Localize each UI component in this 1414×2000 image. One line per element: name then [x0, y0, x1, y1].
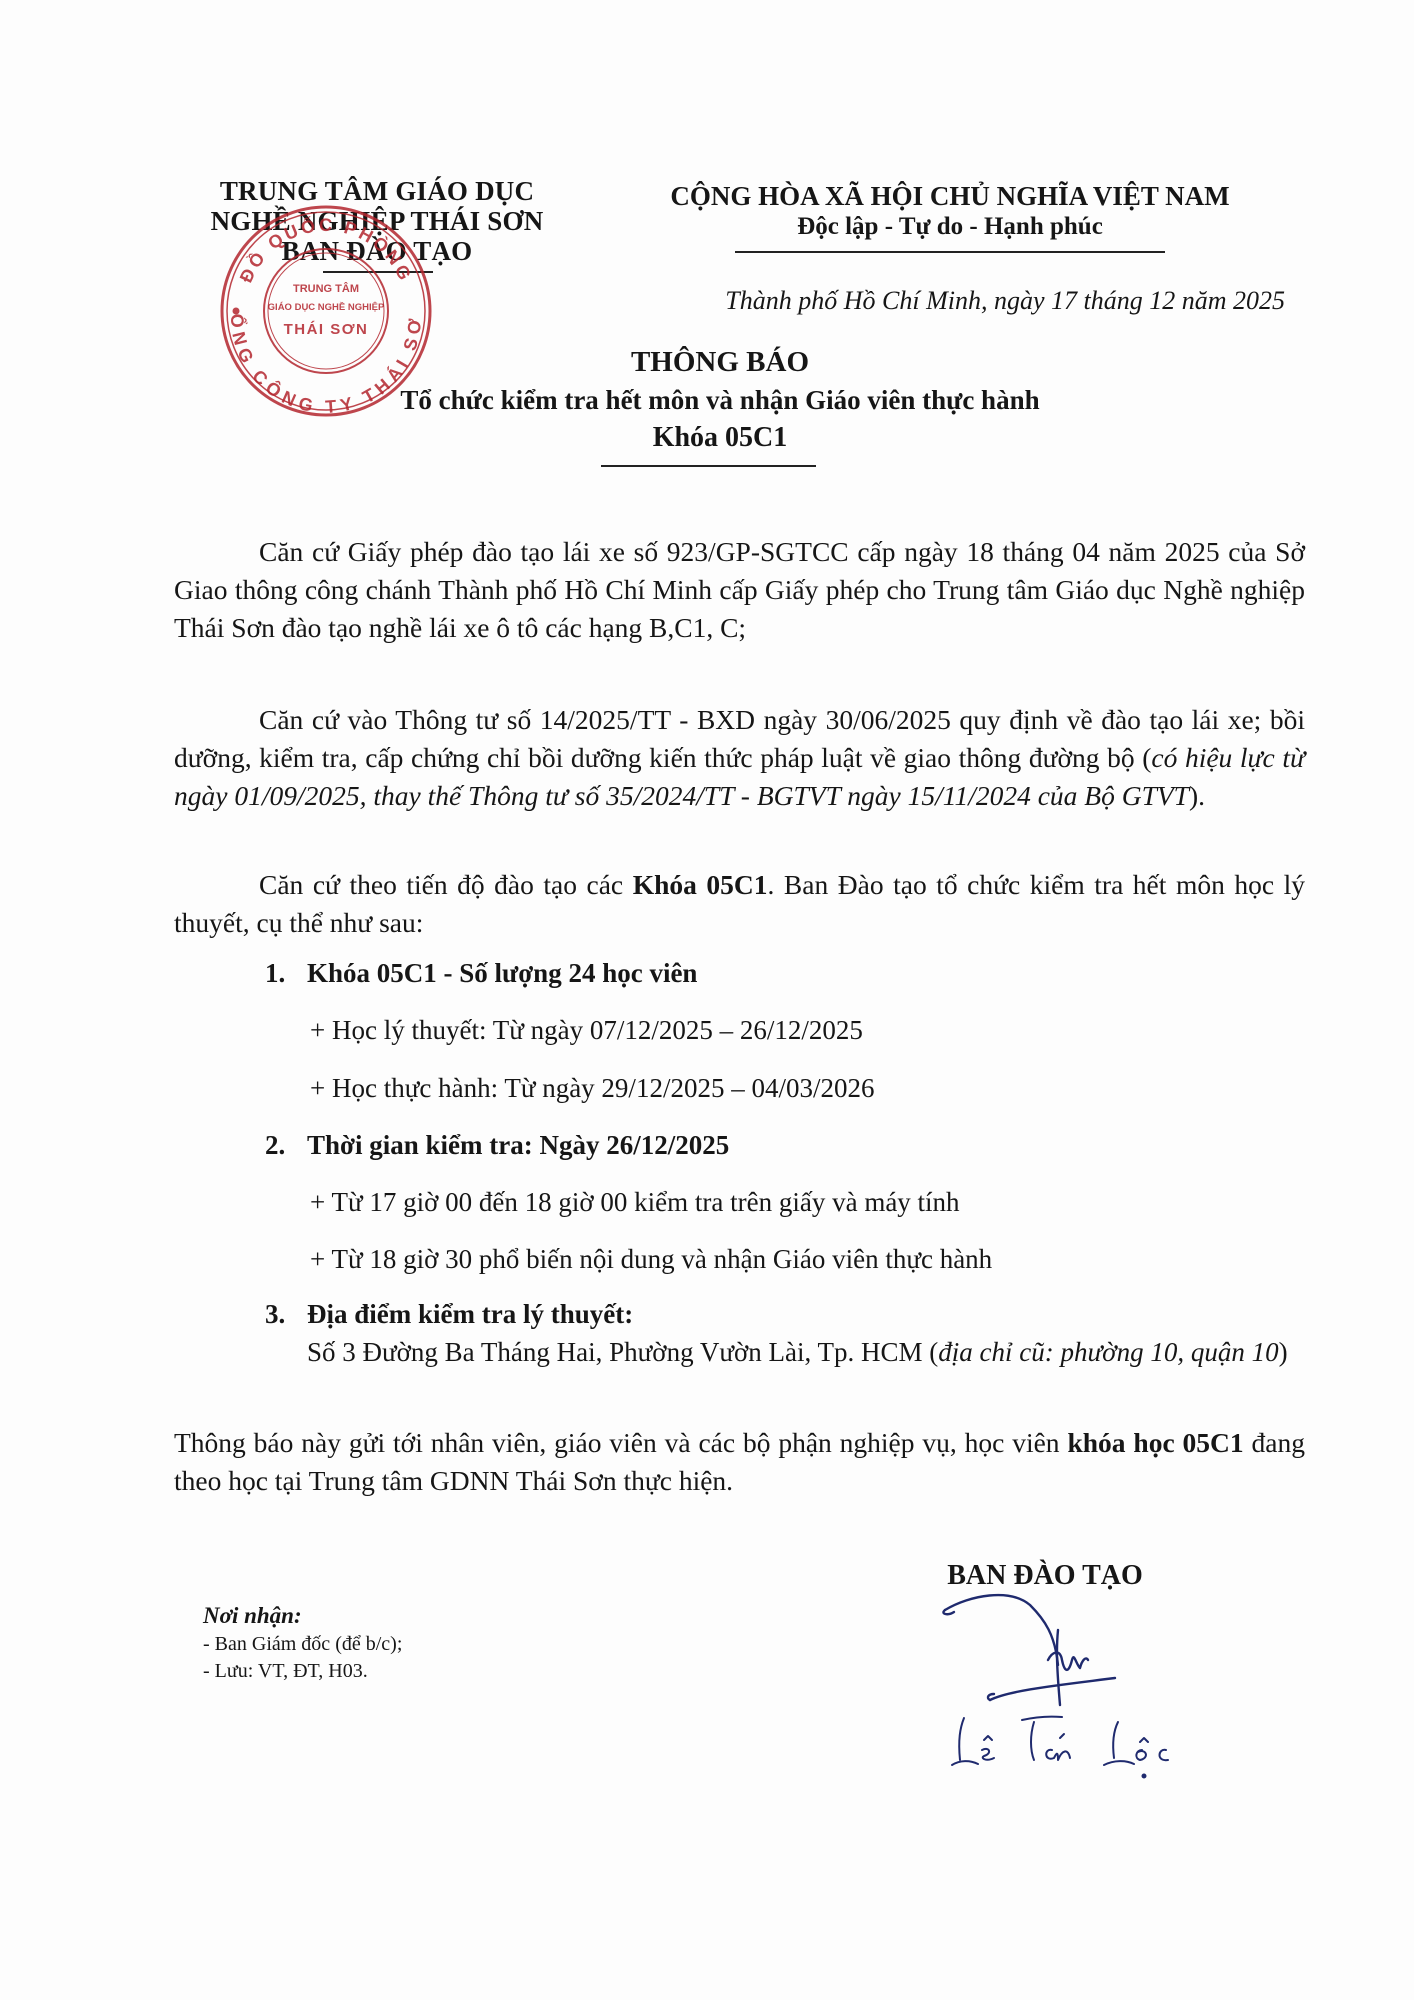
official-seal-icon: ĐỒ QUỐC PHÒNG TỔNG CÔNG TY THÁI SƠN TRUN… — [216, 200, 436, 422]
stamp-inner-line3: THÁI SƠN — [284, 321, 369, 338]
address-old: địa chỉ cũ: phường 10, quận 10 — [938, 1337, 1278, 1367]
recipient-item: - Lưu: VT, ĐT, H03. — [203, 1658, 368, 1685]
address-text: Số 3 Đường Ba Tháng Hai, Phường Vườn Lài… — [307, 1337, 938, 1367]
title-underline — [601, 465, 816, 467]
closing-pre: Thông báo này gửi tới nhân viên, giáo vi… — [174, 1427, 1067, 1458]
national-motto: Độc lập - Tự do - Hạnh phúc — [610, 212, 1290, 242]
item-number: 1. — [265, 956, 307, 990]
date-line: Thành phố Hồ Chí Minh, ngày 17 tháng 12 … — [595, 285, 1285, 317]
sub-item-briefing-slot: + Từ 18 giờ 30 phổ biến nội dung và nhận… — [310, 1242, 992, 1276]
item-number: 3. — [265, 1297, 307, 1331]
paragraph-circular: Căn cứ vào Thông tư số 14/2025/TT - BXD … — [174, 701, 1305, 815]
recipients-title: Nơi nhận: — [203, 1602, 302, 1630]
list-item-location: 3.Địa điểm kiểm tra lý thuyết: — [265, 1297, 633, 1331]
paragraph-schedule: Căn cứ theo tiến độ đào tạo các Khóa 05C… — [174, 866, 1305, 942]
document-subject: Tổ chức kiểm tra hết môn và nhận Giáo vi… — [320, 383, 1120, 417]
item-heading: Khóa 05C1 - Số lượng 24 học viên — [307, 958, 697, 988]
exam-address: Số 3 Đường Ba Tháng Hai, Phường Vườn Lài… — [307, 1333, 1305, 1371]
signer-name-handwriting — [952, 1717, 1168, 1778]
motto-underline — [735, 251, 1165, 253]
signer-department: BAN ĐÀO TẠO — [900, 1558, 1190, 1594]
document-page: TRUNG TÂM GIÁO DỤC NGHỀ NGHIỆP THÁI SƠN … — [0, 0, 1414, 2000]
circular-end: ). — [1189, 780, 1205, 811]
recipient-item: - Ban Giám đốc (để b/c); — [203, 1631, 402, 1658]
list-item-course: 1.Khóa 05C1 - Số lượng 24 học viên — [265, 956, 697, 990]
sub-item-practice: + Học thực hành: Từ ngày 29/12/2025 – 04… — [310, 1071, 874, 1105]
sub-item-theory: + Học lý thuyết: Từ ngày 07/12/2025 – 26… — [310, 1013, 863, 1047]
paragraph-license-text: Căn cứ Giấy phép đào tạo lái xe số 923/G… — [174, 533, 1305, 647]
item-heading: Địa điểm kiểm tra lý thuyết: — [307, 1299, 633, 1329]
circular-text: Căn cứ vào Thông tư số 14/2025/TT - BXD … — [174, 704, 1305, 773]
closing-course: khóa học 05C1 — [1067, 1427, 1243, 1458]
address-end: ) — [1279, 1337, 1288, 1367]
sub-item-exam-slot: + Từ 17 giờ 00 đến 18 giờ 00 kiểm tra tr… — [310, 1185, 960, 1219]
paragraph-license: Căn cứ Giấy phép đào tạo lái xe số 923/G… — [174, 533, 1305, 647]
closing-paragraph: Thông báo này gửi tới nhân viên, giáo vi… — [174, 1424, 1305, 1500]
schedule-course: Khóa 05C1 — [633, 869, 768, 900]
document-heading: THÔNG BÁO — [320, 344, 1120, 380]
schedule-text-pre: Căn cứ theo tiến độ đào tạo các — [259, 869, 633, 900]
national-title: CỘNG HÒA XÃ HỘI CHỦ NGHĨA VIỆT NAM — [610, 180, 1290, 212]
item-heading: Thời gian kiểm tra: Ngày 26/12/2025 — [307, 1130, 729, 1160]
handwritten-signature-icon — [930, 1590, 1200, 1790]
document-course: Khóa 05C1 — [320, 420, 1120, 456]
item-number: 2. — [265, 1128, 307, 1162]
stamp-inner-line2: GIÁO DỤC NGHỀ NGHIỆP — [268, 301, 385, 313]
stamp-inner-line1: TRUNG TÂM — [293, 282, 359, 295]
list-item-exam-time: 2.Thời gian kiểm tra: Ngày 26/12/2025 — [265, 1128, 729, 1162]
